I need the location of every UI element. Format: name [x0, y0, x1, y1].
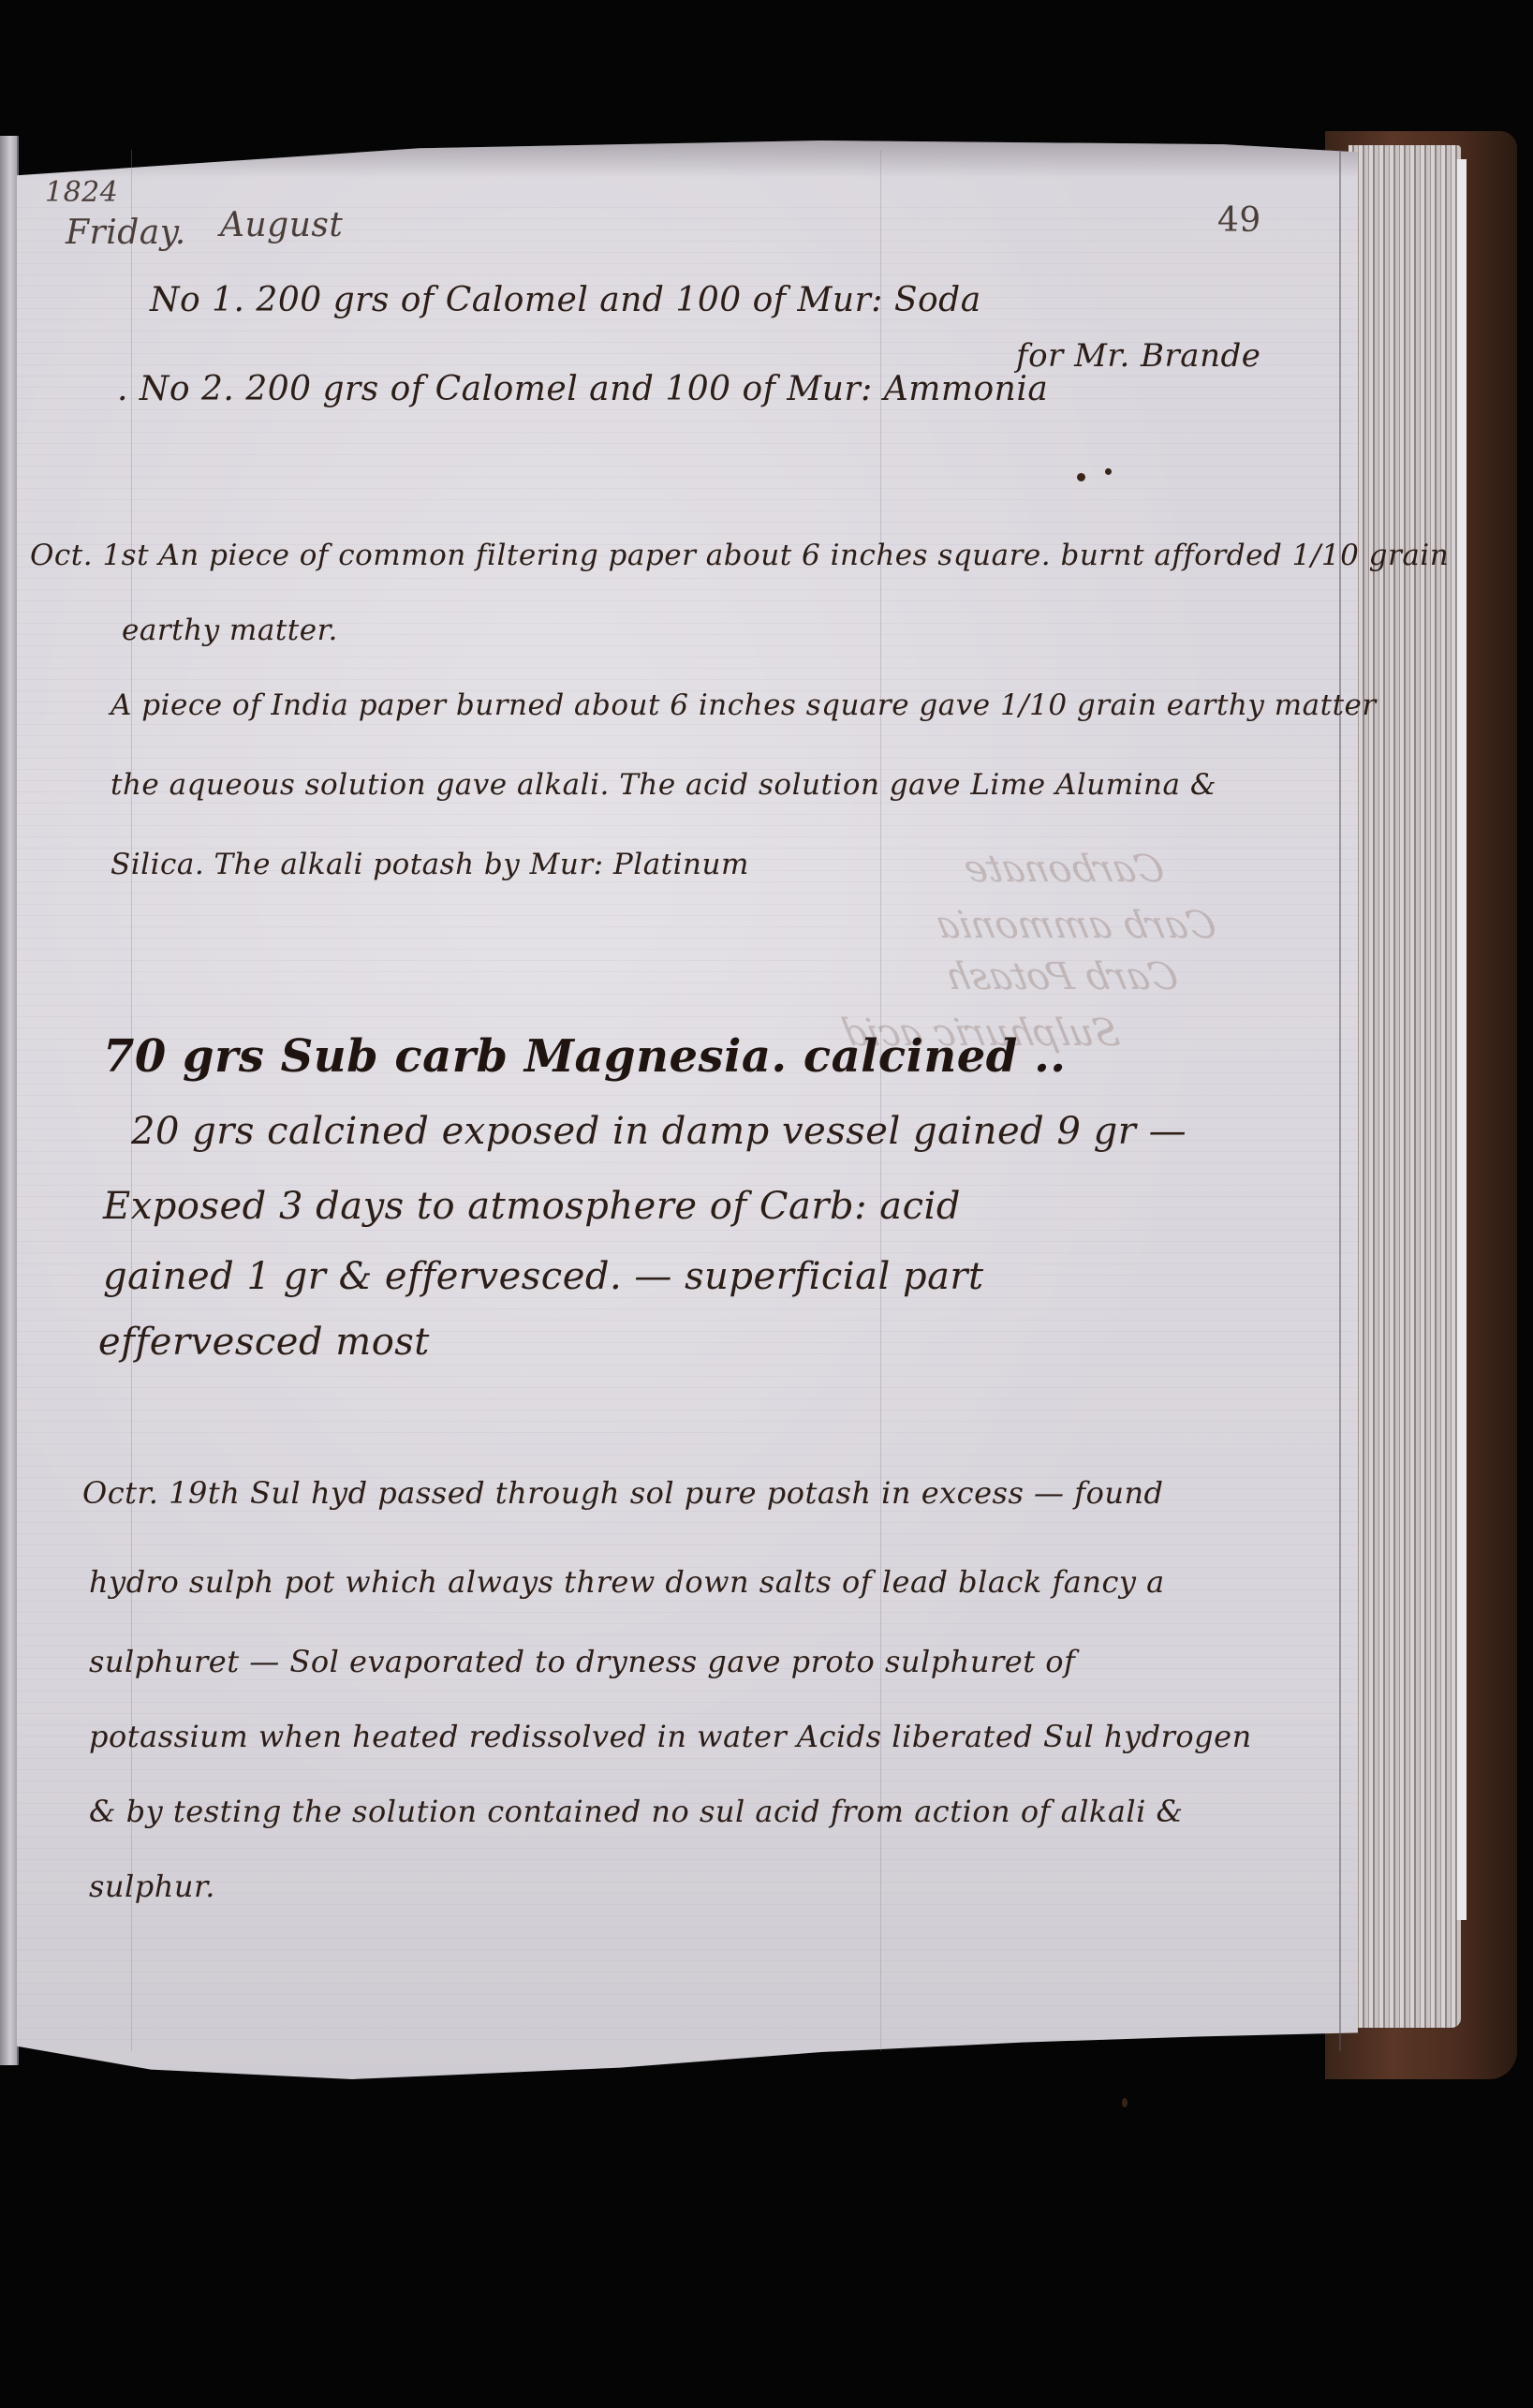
entry-number: No 1. [150, 281, 244, 319]
entry-line: hydro sulph pot which always threw down … [89, 1564, 1165, 1600]
page-edge-line [1339, 150, 1341, 2051]
bleed-through-text: Carb Potash [941, 955, 1182, 998]
entry-line: effervesced most [98, 1321, 430, 1364]
entry-line: Oct. 1st An piece of common filtering pa… [30, 539, 1449, 572]
bleed-through-text: Carb ammonia [932, 904, 1220, 947]
entry-text: 200 grs of Calomel and 100 of Mur: Ammon… [245, 370, 1048, 408]
previous-page-edge [0, 136, 19, 2065]
entry-line: . No 2. 200 grs of Calomel and 100 of Mu… [117, 370, 1048, 408]
entry-line: Silica. The alkali potash by Mur: Platin… [111, 848, 749, 881]
entry-line: & by testing the solution contained no s… [89, 1794, 1184, 1829]
ink-spot [1122, 2098, 1128, 2107]
entry-line: gained 1 gr & effervesced. — superficial… [103, 1255, 984, 1298]
page-number: 49 [1217, 201, 1261, 240]
photo-background: Carbonate Carb ammonia Carb Potash Sulph… [0, 0, 1533, 2408]
entry-line: the aqueous solution gave alkali. The ac… [111, 768, 1216, 802]
bleed-through-text: Carbonate [960, 848, 1168, 891]
entry-line: Exposed 3 days to atmosphere of Carb: ac… [103, 1185, 961, 1228]
side-note: for Mr. Brande [1016, 337, 1260, 375]
entry-line: 20 grs calcined exposed in damp vessel g… [131, 1110, 1187, 1153]
margin-rule [131, 150, 132, 2051]
entry-date: Oct. 1st [30, 539, 149, 572]
page-fold-line [880, 150, 881, 2051]
entry-date: Octr. 19th [82, 1475, 240, 1511]
entry-line: earthy matter. [122, 613, 338, 647]
ink-spot [1105, 468, 1112, 475]
entry-line: Octr. 19th Sul hyd passed through sol pu… [82, 1475, 1164, 1511]
entry-line: sulphur. [89, 1869, 215, 1904]
entry-number: . No 2. [117, 370, 234, 408]
weekday-label: Friday. [66, 214, 186, 252]
entry-line: No 1. 200 grs of Calomel and 100 of Mur:… [150, 281, 981, 319]
page-fore-edge-highlight [1456, 159, 1467, 1920]
ink-spot [1077, 473, 1085, 481]
year-note: 1824 [45, 176, 118, 209]
page-fore-edge [1349, 145, 1461, 2028]
entry-line: potassium when heated redissolved in wat… [89, 1719, 1252, 1754]
entry-text: Sul hyd passed through sol pure potash i… [250, 1475, 1164, 1511]
entry-line: 70 grs Sub carb Magnesia. calcined .. [103, 1030, 1067, 1083]
entry-line: A piece of India paper burned about 6 in… [111, 688, 1377, 722]
entry-text: An piece of common filtering paper about… [158, 539, 1449, 572]
entry-text: 200 grs of Calomel and 100 of Mur: Soda [256, 281, 980, 319]
month-label: August [220, 206, 343, 244]
entry-line: sulphuret — Sol evaporated to dryness ga… [89, 1644, 1075, 1679]
